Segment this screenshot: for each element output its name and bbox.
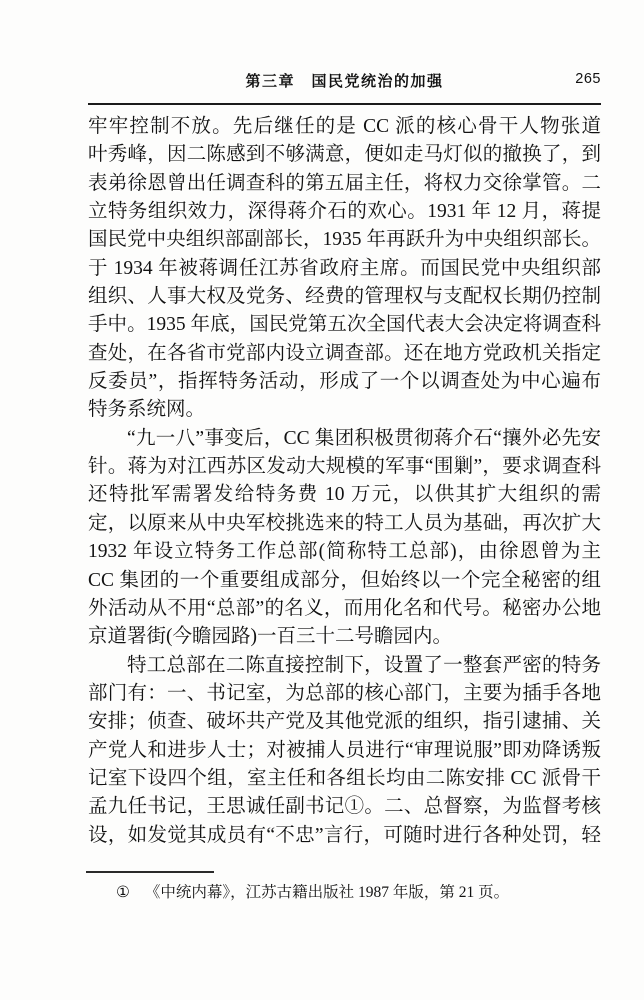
book-page: 第三章 国民党统治的加强 265 牢牢控制不放。先后继任的是 CC 派的核心骨干… [0, 0, 644, 1000]
footnote: ① 《中统内幕》，江苏古籍出版社 1987 年版，第 21 页。 [116, 882, 601, 904]
body-line: 国民党中央组织部副部长，1935 年再跃升为中央组织部长。陈果夫则 [88, 226, 601, 254]
chapter-title: 第三章 国民党统治的加强 [88, 70, 601, 91]
footnote-marker: ① [116, 882, 130, 904]
body-line: 特工总部在二陈直接控制下，设置了一整套严密的特务机构，主要 [88, 652, 601, 680]
body-line: 部门有：一、书记室，为总部的核心部门，主要为插手各地方的组织人事 [88, 680, 601, 708]
footnote-rule [86, 871, 214, 873]
body-line: CC 集团的一个重要组成部分，但始终以一个完全秘密的组织存在，对 [88, 567, 601, 595]
body-line: 外活动从不用“总部”的名义，而用化名和代号。秘密办公地点设在南 [88, 595, 601, 623]
body-line: 针。蒋为对江西苏区发动大规模的军事“围剿”，要求调查科紧密配合， [88, 453, 601, 481]
body-line: 于 1934 年被蒋调任江苏省政府主席。而国民党中央组织部以至各级 [88, 255, 601, 283]
body-line: 还特批军需署发给特务费 10 万元，以供其扩大组织的需要。二陈决 [88, 481, 601, 509]
body-line: 查处，在各省市党部内设立调查部。还在地方党政机关指定专人为“肃 [88, 340, 601, 368]
body-line: 京道署街(今瞻园路)一百三十二号瞻园内。 [88, 623, 601, 651]
page-number: 265 [575, 71, 601, 87]
body-line: 特务系统网。 [88, 396, 601, 424]
body-line: 组织、人事大权及党务、经费的管理权与支配权长期仍控制在 CC 集团 [88, 283, 601, 311]
body-line: 设，如发觉其成员有“不忠”言行，可随时进行各种处罚，轻则被训斥，关 [88, 822, 601, 850]
body-line: 定，以原来从中央军校挑选来的特工人员为基础，再次扩大人员编制， [88, 510, 601, 538]
footnote-text: 《中统内幕》，江苏古籍出版社 1987 年版，第 21 页。 [145, 882, 509, 904]
body-text: 牢牢控制不放。先后继任的是 CC 派的核心骨干人物张道藩、吴大钧、叶秀峰，因二陈… [88, 113, 601, 850]
body-line: 1932 年设立特务工作总部(简称特工总部)，由徐恩曾为主任。这是 [88, 538, 601, 566]
header-rule [88, 103, 601, 105]
body-line: 立特务组织效力，深得蒋介石的欢心。1931 年 12 月，蒋提拔陈立夫为 [88, 198, 601, 226]
body-line: 叶秀峰，因二陈感到不够满意，便如走马灯似的撤换了，到 1930 年派其 [88, 141, 601, 169]
page-header: 第三章 国民党统治的加强 265 [88, 70, 601, 92]
body-line: 产党人和进步人士；对被捕人员进行“审理说服”即劝降诱叛工作。书 [88, 737, 601, 765]
body-line: 表弟徐恩曾出任调查科的第五届主任，将权力交徐掌管。二陈由于建 [88, 170, 601, 198]
body-line: “九一八”事变后，CC 集团积极贯彻蒋介石“攘外必先安内”的方 [88, 425, 601, 453]
body-line: 安排；侦查、破坏共产党及其他党派的组织，指引逮捕、关押以至杀害共 [88, 708, 601, 736]
body-line: 反委员”，指挥特务活动，形成了一个以调查处为中心遍布全国的 CC [88, 368, 601, 396]
body-line: 记室下设四个组，室主任和各组长均由二陈安排 CC 派骨干担任，由濮 [88, 765, 601, 793]
body-line: 牢牢控制不放。先后继任的是 CC 派的核心骨干人物张道藩、吴大钧、 [88, 113, 601, 141]
body-line: 孟九任书记，王思诚任副书记①。二、总督察，为监督考核特工人员而 [88, 793, 601, 821]
body-line: 手中。1935 年底，国民党第五次全国代表大会决定将调查科扩大为调 [88, 311, 601, 339]
